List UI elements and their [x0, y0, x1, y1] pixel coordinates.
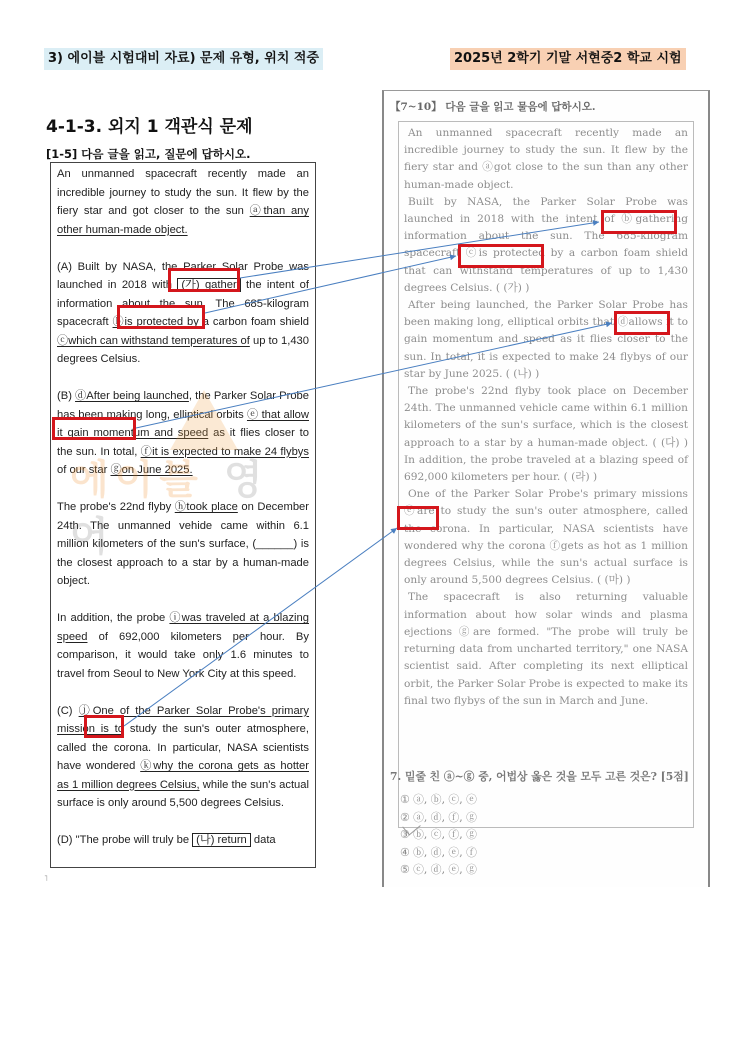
text: (D) "The probe will truly be	[57, 834, 192, 846]
exam-passage-box: An unmanned spacecraft recently made an …	[398, 121, 694, 828]
exam-options: ① ⓐ, ⓑ, ⓒ, ⓔ ② ⓐ, ⓓ, ⓕ, ⓖ ③ ⓑ, ⓒ, ⓕ, ⓖ ④…	[400, 791, 477, 879]
paragraph-a: (A) Built by NASA, the Parker Solar Prob…	[57, 258, 309, 369]
text: The probe's 22nd flyby	[57, 501, 175, 513]
text: data	[251, 834, 276, 846]
text: (B)	[57, 390, 75, 402]
paragraph-speed: In addition, the probe ⓘwas traveled at …	[57, 609, 309, 683]
underline-b: ⓑis protected	[113, 316, 188, 328]
exam-paragraph: An unmanned spacecraft recently made an …	[404, 125, 688, 194]
page-corner-mark: ˥	[44, 874, 48, 883]
text: of our star	[57, 464, 110, 476]
exam-question-7: 7. 밑줄 친 ⓐ~ⓖ 중, 어법상 옳은 것을 모두 고른 것은? [5점]	[390, 769, 689, 784]
exam-paragraph: Built by NASA, the Parker Solar Probe wa…	[404, 194, 688, 297]
text: (C)	[57, 705, 79, 717]
option-1: ① ⓐ, ⓑ, ⓒ, ⓔ	[400, 791, 477, 809]
blank-box-na: (나) return	[192, 833, 251, 847]
paragraph-d: (D) "The probe will truly be (나) return …	[57, 831, 309, 850]
paragraph-c: (C) ⓙOne of the Parker Solar Probe's pri…	[57, 702, 309, 813]
section-title: 4-1-3. 외지 1 객관식 문제	[46, 112, 253, 137]
blank-box-ga: (가) gather	[177, 278, 240, 292]
left-passage-box: An unmanned spacecraft recently made an …	[50, 162, 316, 868]
option-4: ④ ⓑ, ⓓ, ⓔ, ⓕ	[400, 844, 477, 862]
text: on December 24th. The unmanned vehide ca…	[57, 501, 309, 587]
header-right-label: 2025년 2학기 기말 서현중2 학교 시험	[450, 48, 686, 70]
underline-c: ⓒwhich can withstand temperatures of	[57, 335, 250, 347]
text: In addition, the probe	[57, 612, 169, 624]
exam-instruction: 【7~10】 다음 글을 읽고 물음에 답하시오.	[390, 99, 596, 114]
exam-paragraph: After being launched, the Parker Solar P…	[404, 297, 688, 383]
exam-paragraph: The probe's 22nd flyby took place on Dec…	[404, 383, 688, 486]
exam-page-scan: 【7~10】 다음 글을 읽고 물음에 답하시오. An unmanned sp…	[382, 90, 710, 887]
underline-g: ⓖon June 2025.	[110, 464, 192, 476]
question-instruction: [1-5] 다음 글을 읽고, 질문에 답하시오.	[46, 146, 250, 162]
paragraph-intro: An unmanned spacecraft recently made an …	[57, 165, 309, 239]
underline-d: ⓓAfter being launched	[75, 390, 189, 402]
paragraph-flyby: The probe's 22nd flyby ⓗtook place on De…	[57, 498, 309, 591]
text: by a carbon foam shield	[187, 316, 309, 328]
underline-f: ⓕit is expected to make 24 flybys	[141, 446, 309, 458]
text: of 692,000 kilometers per hour. By compa…	[57, 631, 309, 680]
exam-paragraph: The spacecraft is also returning valuabl…	[404, 589, 688, 709]
exam-paragraph: One of the Parker Solar Probe's primary …	[404, 486, 688, 589]
paragraph-b: (B) ⓓAfter being launched, the Parker So…	[57, 387, 309, 480]
header-left-label: 3) 에이블 시험대비 자료) 문제 유형, 위치 적중	[44, 48, 323, 70]
underline-h: ⓗtook place	[175, 501, 238, 513]
option-5: ⑤ ⓒ, ⓓ, ⓔ, ⓖ	[400, 861, 477, 879]
